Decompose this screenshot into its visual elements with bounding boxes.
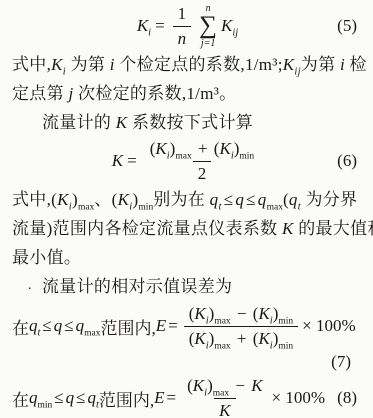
ki-min-group: (Ki)min — [214, 139, 254, 158]
subscript-ij: ij — [232, 27, 238, 38]
text-segment: 为第 — [66, 55, 110, 74]
text-segment: 个检定点的系数,1/m³; — [115, 55, 283, 74]
text-segment: 为分界 — [301, 190, 357, 209]
k-symbol: K — [219, 139, 230, 158]
equation-7: 在 qt≤q≤qmax 范围内,E= (Ki)max − (Ki)min (Ki… — [12, 301, 363, 351]
q-t-term: qt — [210, 190, 222, 209]
fraction-eq7: (Ki)max − (Ki)min (Ki)max + (Ki)min — [184, 302, 298, 350]
k-symbol: K — [112, 151, 123, 171]
q-symbol: q — [235, 190, 244, 209]
subscript-max: max — [78, 202, 94, 212]
paragraph-where-eq6-line2: 流量)范围内各检定流量点仪表系数 K 的最大值和 — [12, 214, 363, 243]
q-t-term: qt — [289, 190, 301, 209]
subscript-min: min — [239, 152, 254, 162]
k-i-term: Ki — [137, 16, 151, 36]
k-symbol: K — [283, 55, 295, 74]
equals-sign: = — [165, 388, 179, 408]
k-symbol: K — [116, 113, 128, 132]
subscript-max: max — [175, 152, 191, 162]
subscript-min: min — [138, 202, 153, 212]
ki-max-group: (Ki)max — [150, 139, 192, 158]
sigma-icon: ∑ — [199, 14, 217, 38]
k-symbol: K — [118, 190, 130, 209]
equals-sign: = — [123, 151, 141, 171]
fraction-numerator: (Ki)max − K — [182, 374, 267, 397]
paragraph-where-eq6-line3: 最小值。 — [12, 243, 363, 272]
text-segment: 在 — [12, 314, 29, 339]
times-100-percent: × 100% — [302, 316, 356, 336]
fraction-1-over-n: 1 n — [173, 2, 192, 50]
leq-sign: ≤ — [74, 388, 87, 408]
k-symbol: K — [251, 376, 262, 395]
text-segment: 检 — [345, 55, 367, 74]
ki-min-group: (Ki)min — [253, 329, 293, 348]
q-symbol: q — [29, 316, 38, 335]
k-symbol: K — [258, 329, 269, 348]
k-symbol: K — [194, 329, 205, 348]
equation-6: K = (Ki)max + (Ki)min 2 (6) — [12, 137, 363, 185]
q-t-term: qt — [29, 316, 40, 336]
plus-sign: + — [196, 139, 210, 158]
text-segment: 范围内, — [100, 314, 155, 339]
k-symbol: K — [51, 55, 63, 74]
times-100-percent: × 100% — [272, 388, 326, 408]
e-symbol: E — [156, 316, 166, 336]
text-segment: 在 — [12, 386, 29, 411]
q-max-term: qmax — [258, 190, 283, 209]
k-symbol: K — [221, 16, 232, 35]
equals-sign: = — [151, 16, 169, 36]
k-symbol: K — [258, 304, 269, 323]
e-symbol: E — [154, 388, 164, 408]
leq-sign: ≤ — [52, 388, 65, 408]
fraction-denominator: (Ki)max + (Ki)min — [184, 326, 298, 350]
text-segment: 式中, — [12, 55, 51, 74]
sum-lower-limit: j=1 — [201, 38, 216, 49]
k-symbol: K — [155, 139, 166, 158]
equation-5: Ki = 1 n n ∑ j=1 Kij (5) — [12, 2, 363, 50]
k-symbol: K — [282, 219, 294, 238]
text-segment: 别为在 — [153, 190, 209, 209]
k-symbol: K — [194, 304, 205, 323]
equation-number-7: (7) — [12, 351, 363, 373]
paragraph-where-eq5-line1: 式中,Ki 为第 i 个检定点的系数,1/m³;Kij为第 i 检 — [12, 50, 363, 79]
text-segment: 流量)范围内各检定流量点仪表系数 — [12, 219, 282, 238]
leq-sign: ≤ — [244, 190, 258, 209]
leq-sign: ≤ — [40, 316, 53, 336]
minus-sign: − — [235, 304, 249, 323]
text-segment: 为第 — [301, 55, 340, 74]
separator: 、 — [94, 190, 111, 209]
paragraph-where-eq6-line1: 式中,(Ki)max、(Ki)min别为在 qt≤q≤qmax(qt 为分界 — [12, 185, 363, 214]
ki-min-group: (Ki)min — [253, 304, 293, 323]
minus-sign: − — [233, 376, 247, 395]
q-symbol: q — [87, 388, 96, 407]
k-symbol: K — [193, 376, 204, 395]
text-segment: 流量计的 — [42, 113, 116, 132]
ki-max-group: (Ki)max — [189, 304, 231, 323]
equation-number-5: (5) — [337, 16, 357, 36]
subscript-min: min — [38, 400, 53, 410]
q-min-term: qmin — [29, 388, 52, 408]
text-segment: 次检定的系数,1/m³。 — [73, 84, 236, 103]
plus-sign: + — [235, 329, 249, 348]
equation-number-8: (8) — [337, 388, 357, 408]
k-ij-term: Kij — [221, 16, 238, 36]
subscript-max: max — [267, 202, 283, 212]
ki-max-group: (Ki)max — [187, 376, 229, 395]
text-segment: 定点第 — [12, 84, 68, 103]
fraction-denominator: 2 — [193, 161, 212, 185]
subscript-min: min — [278, 341, 293, 351]
q-symbol: q — [29, 388, 38, 407]
ki-max-group: (Ki)max — [51, 190, 94, 209]
q-symbol: q — [66, 388, 75, 408]
text-segment: 式中, — [12, 190, 51, 209]
k-symbol: K — [137, 16, 148, 35]
text-segment: 流量计的相对示值误差为 — [42, 277, 232, 296]
subscript-max: max — [84, 328, 100, 338]
paragraph-where-eq5-line2: 定点第 j 次检定的系数,1/m³。 — [12, 79, 363, 108]
k-symbol: K — [57, 190, 69, 209]
fraction-eq8: (Ki)max − K K — [182, 374, 267, 418]
q-symbol: q — [54, 316, 63, 336]
fraction-denominator: n — [173, 26, 192, 50]
paragraph-error-leadin: 流量计的相对示值误差为 — [12, 272, 363, 301]
q-symbol: q — [258, 190, 267, 209]
scan-speckle: . — [28, 278, 32, 294]
text-segment: 最小值。 — [12, 248, 81, 267]
q-max-term: qmax — [76, 316, 101, 336]
fraction-eq6: (Ki)max + (Ki)min 2 — [145, 137, 259, 185]
fraction-denominator: K — [214, 398, 235, 418]
leq-sign: ≤ — [222, 190, 236, 209]
equation-8: 在 qmin≤q≤qt 范围内,E= (Ki)max − K K × 100% … — [12, 373, 363, 418]
text-segment: 系数按下式计算 — [127, 113, 253, 132]
equation-number-6: (6) — [337, 151, 357, 171]
ki-max-group: (Ki)max — [189, 329, 231, 348]
q-symbol: q — [289, 190, 298, 209]
ki-min-group: (Ki)min — [112, 190, 154, 209]
summation-symbol: n ∑ j=1 — [199, 3, 217, 49]
equals-sign: = — [166, 316, 180, 336]
text-segment: 范围内, — [99, 386, 154, 411]
q-t-term: qt — [87, 388, 98, 408]
scanned-paper-page: Ki = 1 n n ∑ j=1 Kij (5) 式中,Ki 为第 i 个检定点… — [0, 0, 373, 418]
leq-sign: ≤ — [62, 316, 75, 336]
fraction-numerator: 1 — [173, 2, 192, 25]
fraction-numerator: (Ki)max − (Ki)min — [184, 302, 298, 325]
subscript-max: max — [214, 341, 230, 351]
text-segment: 的最大值和 — [294, 219, 373, 238]
q-symbol: q — [76, 316, 85, 335]
paragraph-k-leadin: 流量计的 K 系数按下式计算 — [12, 108, 363, 137]
fraction-numerator: (Ki)max + (Ki)min — [145, 137, 259, 160]
